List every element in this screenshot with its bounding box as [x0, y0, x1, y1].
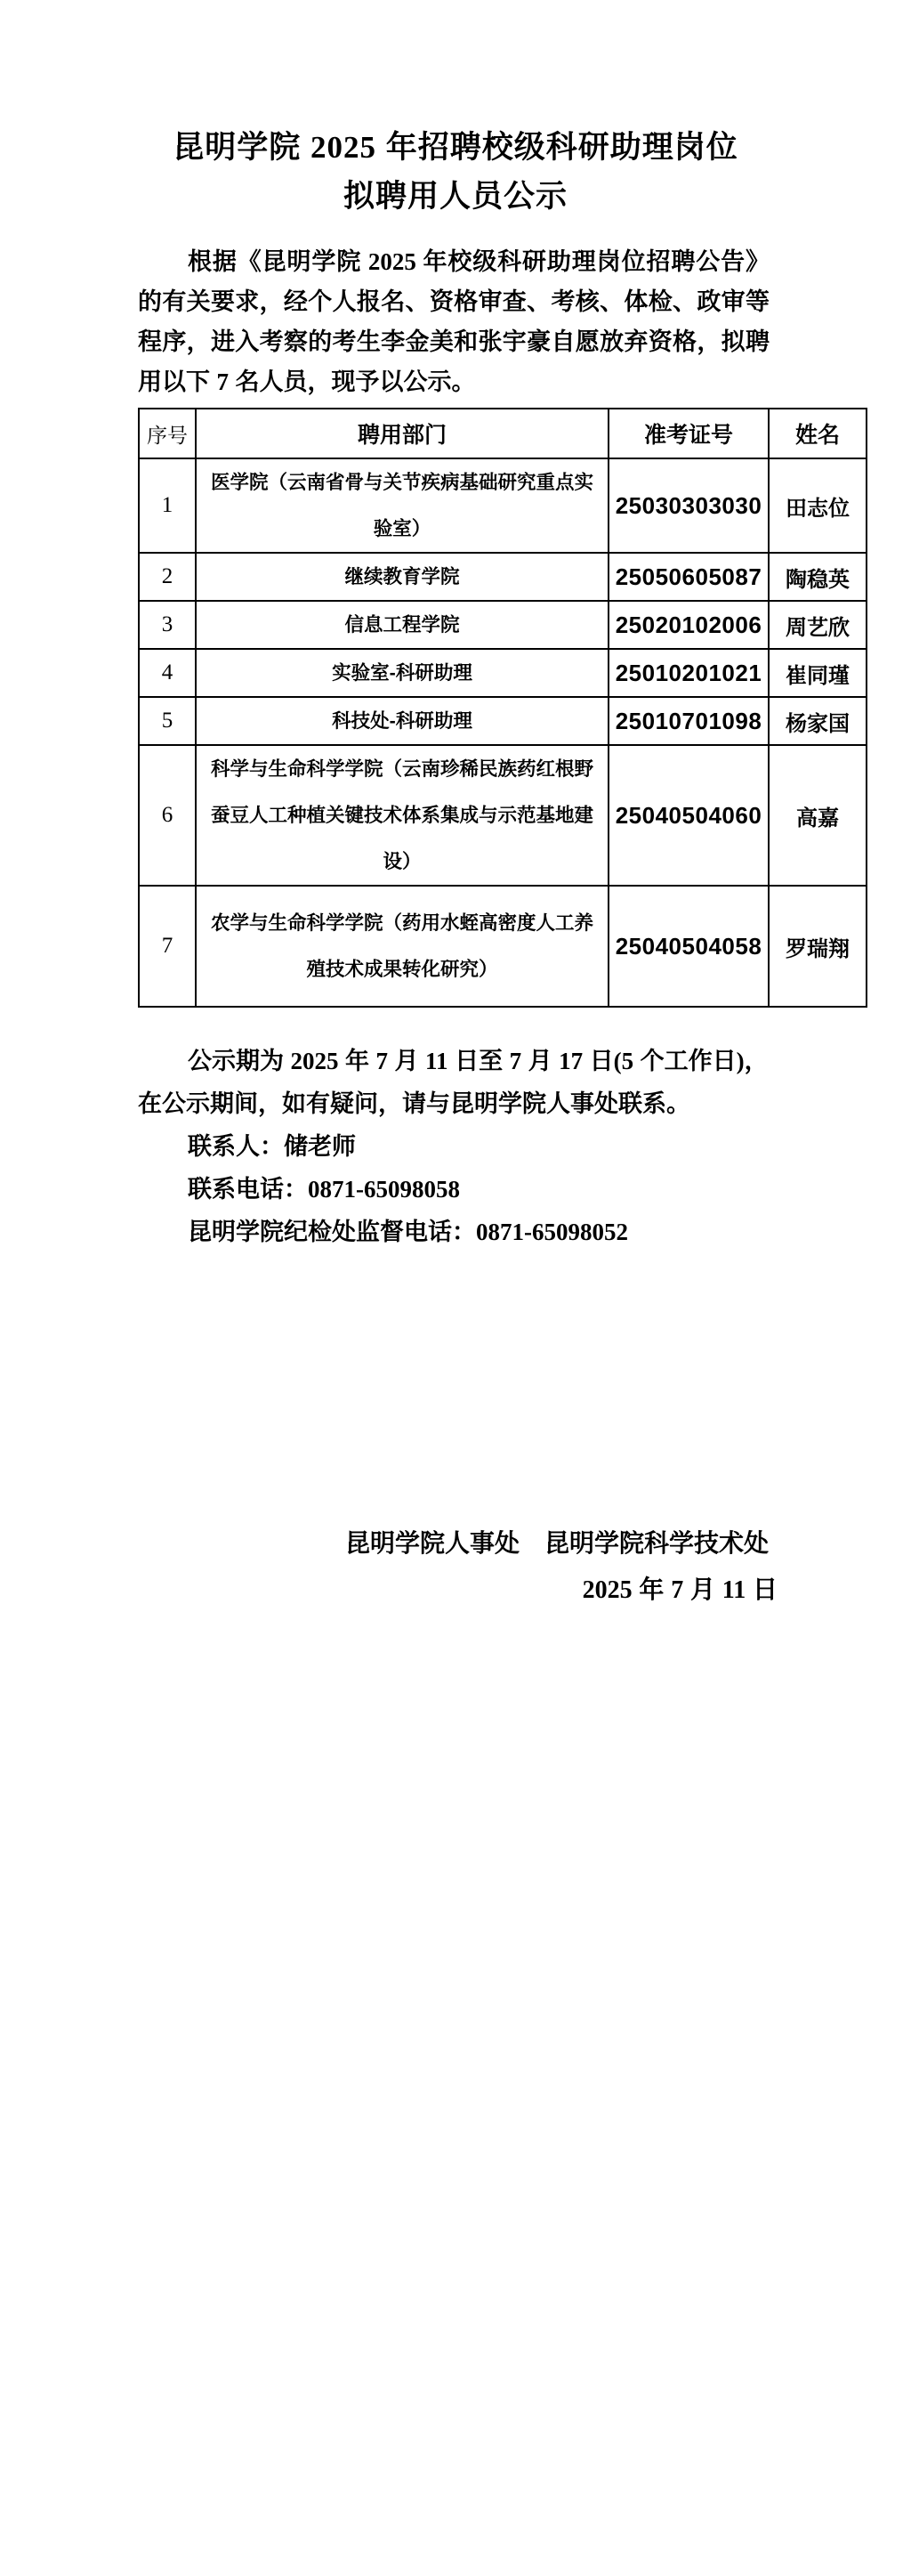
table-row: 2 继续教育学院 25050605087 陶稳英 — [139, 553, 867, 601]
cell-id: 25040504058 — [609, 886, 769, 1007]
table-row: 6 科学与生命科学学院（云南珍稀民族药红根野蚕豆人工种植关键技术体系集成与示范基… — [139, 745, 867, 886]
table-header-row: 序号 聘用部门 准考证号 姓名 — [139, 409, 867, 458]
intro-line-3: 程序，进入考察的考生李金美和张宇豪自愿放弃资格，拟聘 — [138, 322, 770, 362]
cell-id: 25020102006 — [609, 601, 769, 649]
intro-line-1: 根据《昆明学院 2025 年校级科研助理岗位招聘公告》 — [138, 242, 770, 282]
cell-id: 25030303030 — [609, 458, 769, 553]
table-row: 7 农学与生命科学学院（药用水蛭高密度人工养殖技术成果转化研究） 2504050… — [139, 886, 867, 1007]
hire-table: 序号 聘用部门 准考证号 姓名 1 医学院（云南省骨与关节疾病基础研究重点实验室… — [138, 408, 867, 1008]
table-row: 1 医学院（云南省骨与关节疾病基础研究重点实验室） 25030303030 田志… — [139, 458, 867, 553]
notice-line-2: 在公示期间，如有疑问，请与昆明学院人事处联系。 — [138, 1082, 771, 1125]
cell-name: 崔同瑾 — [769, 649, 867, 697]
cell-id: 25040504060 — [609, 745, 769, 886]
signature-units: 昆明学院人事处 昆明学院科学技术处 — [0, 1520, 769, 1567]
document-page: 昆明学院 2025 年招聘校级科研助理岗位 拟聘用人员公示 根据《昆明学院 20… — [0, 0, 911, 2576]
cell-name: 陶稳英 — [769, 553, 867, 601]
notice-line-1: 公示期为 2025 年 7 月 11 日至 7 月 17 日(5 个工作日)， — [138, 1040, 771, 1082]
cell-dept: 医学院（云南省骨与关节疾病基础研究重点实验室） — [196, 458, 609, 553]
signature-date: 2025 年 7 月 11 日 — [0, 1567, 778, 1614]
cell-name: 杨家国 — [769, 697, 867, 745]
signature-block: 昆明学院人事处 昆明学院科学技术处 2025 年 7 月 11 日 — [0, 1520, 769, 1614]
cell-dept: 科技处-科研助理 — [196, 697, 609, 745]
cell-dept: 农学与生命科学学院（药用水蛭高密度人工养殖技术成果转化研究） — [196, 886, 609, 1007]
intro-line-4: 用以下 7 名人员，现予以公示。 — [138, 362, 770, 402]
contact-phone: 联系电话：0871-65098058 — [188, 1168, 911, 1211]
cell-no: 1 — [139, 458, 196, 553]
intro-paragraph: 根据《昆明学院 2025 年校级科研助理岗位招聘公告》 的有关要求，经个人报名、… — [138, 242, 770, 402]
cell-dept: 科学与生命科学学院（云南珍稀民族药红根野蚕豆人工种植关键技术体系集成与示范基地建… — [196, 745, 609, 886]
cell-dept: 继续教育学院 — [196, 553, 609, 601]
table-row: 3 信息工程学院 25020102006 周艺欣 — [139, 601, 867, 649]
notice-paragraph: 公示期为 2025 年 7 月 11 日至 7 月 17 日(5 个工作日)， … — [138, 1040, 771, 1125]
header-id: 准考证号 — [609, 409, 769, 458]
cell-dept: 实验室-科研助理 — [196, 649, 609, 697]
cell-name: 田志位 — [769, 458, 867, 553]
cell-name: 周艺欣 — [769, 601, 867, 649]
header-dept: 聘用部门 — [196, 409, 609, 458]
cell-no: 4 — [139, 649, 196, 697]
table-row: 4 实验室-科研助理 25010201021 崔同瑾 — [139, 649, 867, 697]
cell-name: 罗瑞翔 — [769, 886, 867, 1007]
cell-id: 25050605087 — [609, 553, 769, 601]
contact-person: 联系人：储老师 — [188, 1125, 911, 1168]
page-title-line1: 昆明学院 2025 年招聘校级科研助理岗位 — [0, 123, 911, 172]
page-title: 昆明学院 2025 年招聘校级科研助理岗位 拟聘用人员公示 — [0, 123, 911, 221]
cell-id: 25010201021 — [609, 649, 769, 697]
header-name: 姓名 — [769, 409, 867, 458]
cell-no: 3 — [139, 601, 196, 649]
cell-no: 2 — [139, 553, 196, 601]
header-no: 序号 — [139, 409, 196, 458]
cell-no: 7 — [139, 886, 196, 1007]
cell-dept: 信息工程学院 — [196, 601, 609, 649]
page-title-line2: 拟聘用人员公示 — [0, 172, 911, 221]
intro-line-2: 的有关要求，经个人报名、资格审查、考核、体检、政审等 — [138, 282, 770, 322]
table-row: 5 科技处-科研助理 25010701098 杨家国 — [139, 697, 867, 745]
cell-no: 5 — [139, 697, 196, 745]
cell-no: 6 — [139, 745, 196, 886]
supervision-phone: 昆明学院纪检处监督电话：0871-65098052 — [188, 1211, 911, 1253]
cell-id: 25010701098 — [609, 697, 769, 745]
contact-block: 联系人：储老师 联系电话：0871-65098058 昆明学院纪检处监督电话：0… — [188, 1125, 911, 1253]
cell-name: 高嘉 — [769, 745, 867, 886]
